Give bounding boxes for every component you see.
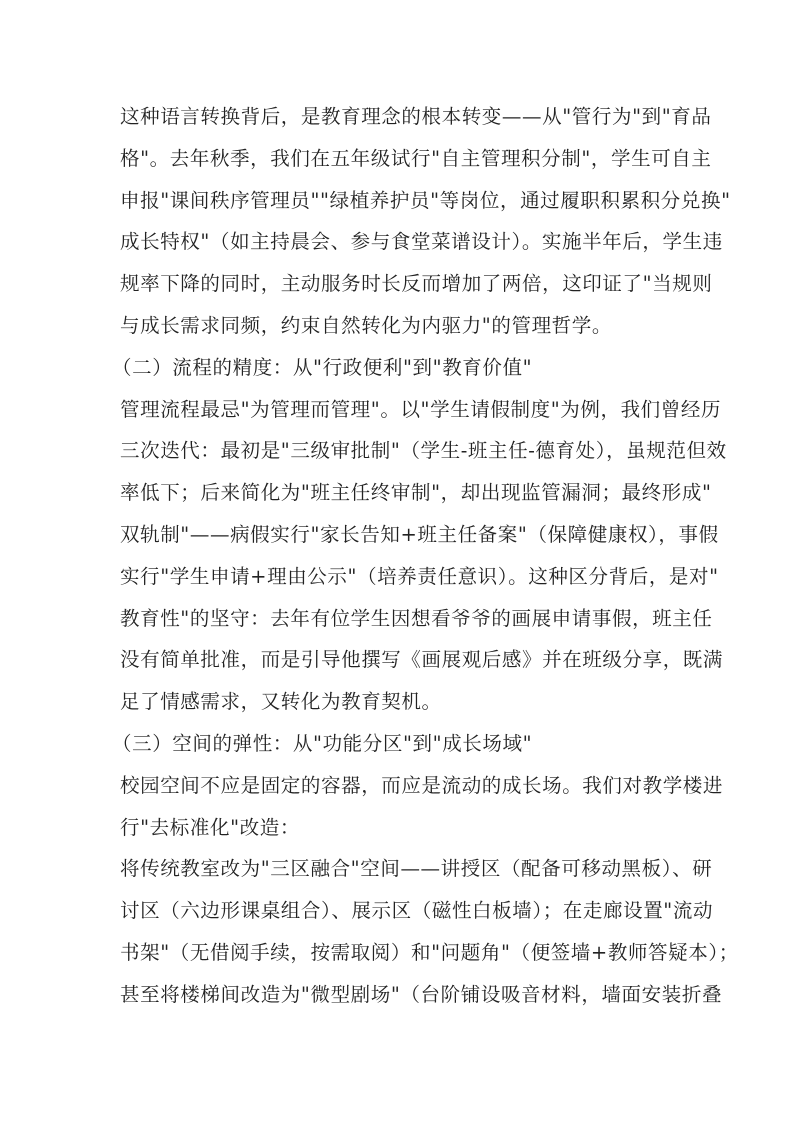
paragraph-line: 实行"学生申请+理由公示"（培养责任意识）。这种区分背后，是对" [120, 556, 676, 598]
paragraph-line: 格"。去年秋季，我们在五年级试行"自主管理积分制"，学生可自主 [120, 138, 676, 180]
document-body: 这种语言转换背后，是教育理念的根本转变——从"管行为"到"育品 格"。去年秋季，… [120, 96, 676, 1016]
paragraph-line: 与成长需求同频，约束自然转化为内驱力"的管理哲学。 [120, 305, 676, 347]
paragraph-line: 双轨制"——病假实行"家长告知+班主任备案"（保障健康权），事假 [120, 514, 676, 556]
paragraph-line: 教育性"的坚守：去年有位学生因想看爷爷的画展申请事假，班主任 [120, 598, 676, 640]
document-page: 这种语言转换背后，是教育理念的根本转变——从"管行为"到"育品 格"。去年秋季，… [0, 0, 793, 1122]
paragraph-line: 申报"课间秩序管理员""绿植养护员"等岗位，通过履职积累积分兑换" [120, 180, 676, 222]
paragraph-line: 校园空间不应是固定的容器，而应是流动的成长场。我们对教学楼进 [120, 765, 676, 807]
paragraph-line: 三次迭代：最初是"三级审批制"（学生-班主任-德育处），虽规范但效 [120, 430, 676, 472]
paragraph-line: 将传统教室改为"三区融合"空间——讲授区（配备可移动黑板）、研 [120, 848, 676, 890]
paragraph-line: 讨区（六边形课桌组合）、展示区（磁性白板墙）；在走廊设置"流动 [120, 890, 676, 932]
paragraph-line: 行"去标准化"改造： [120, 807, 676, 849]
paragraph-line: 这种语言转换背后，是教育理念的根本转变——从"管行为"到"育品 [120, 96, 676, 138]
paragraph-line: 率低下；后来简化为"班主任终审制"，却出现监管漏洞；最终形成" [120, 472, 676, 514]
paragraph-line: 没有简单批准，而是引导他撰写《画展观后感》并在班级分享，既满 [120, 639, 676, 681]
paragraph-line: 书架"（无借阅手续，按需取阅）和"问题角"（便签墙+教师答疑本）； [120, 932, 676, 974]
section-heading-2: （二）流程的精度：从"行政便利"到"教育价值" [112, 347, 676, 389]
paragraph-line: 足了情感需求，又转化为教育契机。 [120, 681, 676, 723]
paragraph-line: 成长特权"（如主持晨会、参与食堂菜谱设计）。实施半年后，学生违 [120, 221, 676, 263]
paragraph-line: 甚至将楼梯间改造为"微型剧场"（台阶铺设吸音材料，墙面安装折叠 [120, 974, 676, 1016]
paragraph-line: 管理流程最忌"为管理而管理"。以"学生请假制度"为例，我们曾经历 [120, 389, 676, 431]
section-heading-3: （三）空间的弹性：从"功能分区"到"成长场域" [112, 723, 676, 765]
paragraph-line: 规率下降的同时，主动服务时长反而增加了两倍，这印证了"当规则 [120, 263, 676, 305]
